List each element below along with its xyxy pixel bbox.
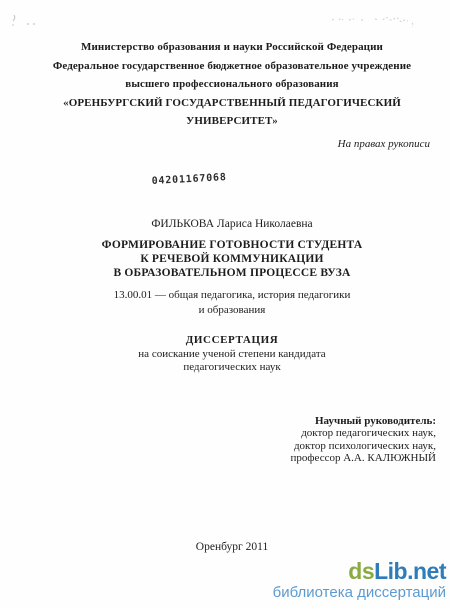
dslib-logo-suffix: Lib.net [374, 558, 446, 584]
registration-number-stamp: 04201167068 [151, 172, 227, 187]
specialty-code: 13.00.01 — общая педагогика, история пед… [14, 288, 450, 317]
title-line-1: ФОРМИРОВАНИЕ ГОТОВНОСТИ СТУДЕНТА [14, 239, 450, 253]
dissertation-heading: ДИССЕРТАЦИЯ [14, 334, 450, 348]
dslib-watermark: dsLib.net библиотека диссертаций [273, 560, 446, 601]
university-name-line1: «ОРЕНБУРГСКИЙ ГОСУДАРСТВЕННЫЙ ПЕДАГОГИЧЕ… [14, 94, 450, 113]
dslib-logo-prefix: ds [348, 558, 374, 584]
supervisor-label: Научный руководитель: [291, 415, 436, 427]
ministry-line: Министерство образования и науки Российс… [14, 38, 450, 57]
title-line-3: В ОБРАЗОВАТЕЛЬНОМ ПРОЦЕССЕ ВУЗА [14, 267, 450, 281]
dissertation-title-page: Министерство образования и науки Российс… [0, 0, 450, 608]
dslib-tagline: библиотека диссертаций [273, 585, 446, 601]
scan-artifact-top-left [8, 12, 48, 37]
education-level-line: высшего профессионального образования [14, 75, 450, 94]
dissertation-title: ФОРМИРОВАНИЕ ГОТОВНОСТИ СТУДЕНТА К РЕЧЕВ… [14, 239, 450, 280]
specialty-line-1: 13.00.01 — общая педагогика, история пед… [14, 288, 450, 303]
supervisor-degree-2: доктор психологических наук, [291, 440, 436, 452]
dissertation-statement: ДИССЕРТАЦИЯ на соискание ученой степени … [14, 334, 450, 375]
city-year-imprint: Оренбург 2011 [14, 541, 450, 553]
institution-header: Министерство образования и науки Российс… [14, 38, 450, 131]
scan-artifact-top-right [330, 10, 442, 33]
institution-type-line: Федеральное государственное бюджетное об… [14, 57, 450, 76]
specialty-line-2: и образования [14, 303, 450, 318]
supervisor-degree-1: доктор педагогических наук, [291, 427, 436, 439]
dslib-logo: dsLib.net [273, 560, 446, 584]
author-name: ФИЛЬКОВА Лариса Николаевна [14, 218, 450, 230]
degree-line-1: на соискание ученой степени кандидата [14, 348, 450, 362]
degree-line-2: педагогических наук [14, 361, 450, 375]
title-line-2: К РЕЧЕВОЙ КОММУНИКАЦИИ [14, 253, 450, 267]
university-name-line2: УНИВЕРСИТЕТ» [14, 112, 450, 131]
supervisor-name: профессор А.А. КАЛЮЖНЫЙ [291, 452, 436, 464]
manuscript-rights-note: На правах рукописи [338, 138, 430, 150]
supervisor-block: Научный руководитель: доктор педагогичес… [291, 415, 436, 465]
